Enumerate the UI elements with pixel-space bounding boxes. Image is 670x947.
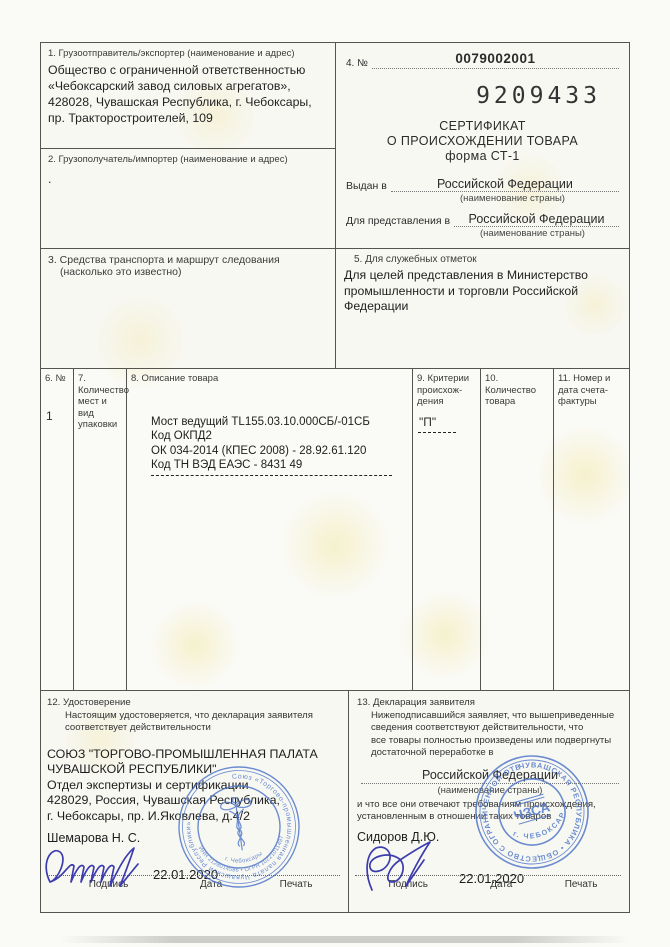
col8-header: 8. Описание товара [127, 369, 412, 385]
certificate-title-line2: О ПРОИСХОЖДЕНИИ ТОВАРА [336, 134, 629, 149]
box-consignee: 2. Грузополучатель/импортер (наименовани… [40, 148, 336, 249]
criteria-separator [418, 432, 456, 433]
scan-shadow [60, 936, 630, 943]
declaration-country: Российской Федерации [361, 768, 619, 784]
consignee-value: . [48, 171, 328, 187]
box1-label: 1. Грузоотправитель/экспортер (наименова… [48, 48, 328, 59]
signer-name-right: Сидоров Д.Ю. [357, 830, 623, 844]
signature-footer-left: Подпись Дата Печать [47, 875, 340, 890]
description-separator [151, 475, 392, 476]
consignor-line: 428028, Чувашская Республика, г. Чебокса… [48, 94, 328, 110]
certification-text-line: Настоящим удостоверяется, что декларация… [65, 710, 342, 723]
seal-label: Печать [252, 879, 340, 890]
issued-in-value: Российской Федерации [437, 177, 573, 191]
issued-in-note: (наименование страны) [336, 193, 629, 204]
goods-description-line: Мост ведущий TL155.03.10.000СБ/-01СБ [151, 415, 412, 430]
signer-name-left: Шемарова Н. С. [47, 831, 342, 845]
date-label: Дата [170, 879, 252, 890]
certificate-title-line1: СЕРТИФИКАТ [336, 119, 629, 134]
declaration-text2-line: и что все они отвечают требованиям проис… [357, 799, 623, 812]
col-description: 8. Описание товара Мост ведущий TL155.03… [127, 369, 413, 690]
consignor-line: «Чебоксарский завод силовых агрегатов», [48, 78, 328, 94]
box-official-marks: 5. Для служебных отметок Для целей предс… [335, 248, 630, 369]
box5-label: 5. Для служебных отметок [354, 254, 622, 265]
official-marks-line: Федерации [344, 299, 621, 315]
col10-header: 10. Количество товара [481, 369, 553, 408]
box-transport: 3. Средства транспорта и маршрут следова… [40, 248, 336, 369]
col-invoice: 11. Номер и дата счета- фактуры [554, 369, 631, 690]
box-certification: 12. Удостоверение Настоящим удостоверяет… [40, 690, 349, 913]
declaration-text-line: сведения соответствуют действительности,… [371, 722, 623, 735]
chamber-name-line: СОЮЗ "ТОРГОВО-ПРОМЫШЛЕННАЯ ПАЛАТА [47, 747, 342, 763]
chamber-address-line: г. Чебоксары, пр. И.Яковлева, д.4/2 [47, 809, 342, 825]
official-marks-line: Для целей представления в Министерство [344, 268, 621, 284]
presentation-note: (наименование страны) [336, 228, 629, 239]
issued-in-label: Выдан в [346, 180, 391, 192]
box12-label: 12. Удостоверение [47, 697, 342, 710]
box3-sublabel: (насколько это известно) [48, 266, 328, 278]
goods-description-line: ОК 034-2014 (КПЕС 2008) - 28.92.61.120 [151, 444, 412, 459]
declaration-country-note: (наименование страны) [357, 785, 623, 796]
col-origin-criteria: 9. Критерии происхож- дения "П" [413, 369, 481, 690]
chamber-dept-line: Отдел экспертизы и сертификации [47, 778, 342, 794]
date-label: Дата [461, 879, 541, 890]
col9-header: 9. Критерии происхож- дения [413, 369, 480, 408]
presentation-label: Для представления в [346, 215, 454, 227]
box4-label: 4. № [346, 58, 372, 69]
col11-header: 11. Номер и дата счета- фактуры [554, 369, 631, 408]
official-marks-line: промышленности и торговли Российской [344, 284, 621, 300]
box-declaration: 13. Декларация заявителя Нижеподписавший… [348, 690, 630, 913]
origin-criteria-value: "П" [413, 408, 480, 429]
goods-description-line: Код ОКПД2 [151, 429, 412, 444]
certificate-serial: 9209433 [336, 83, 629, 109]
goods-table: 6. № 1 7. Количество мест и вид упаковки… [40, 368, 630, 691]
col7-header: 7. Количество мест и вид упаковки [74, 369, 126, 431]
signature-label: Подпись [47, 879, 170, 890]
row-number: 1 [41, 385, 73, 423]
box2-label: 2. Грузополучатель/импортер (наименовани… [48, 154, 328, 165]
signature-label: Подпись [355, 879, 461, 890]
declaration-text-line: Нижеподписавшийся заявляет, что вышеприв… [371, 710, 623, 723]
box-consignor: 1. Грузоотправитель/экспортер (наименова… [40, 42, 336, 149]
col-number: 6. № 1 [41, 369, 74, 690]
box13-label: 13. Декларация заявителя [357, 697, 623, 710]
col6-header: 6. № [41, 369, 73, 385]
box-certificate: 4. № 0079002001 9209433 СЕРТИФИКАТ О ПРО… [335, 42, 630, 249]
declaration-text2-line: установленным в отношении таких товаров [357, 811, 623, 824]
certificate-page: 1. Грузоотправитель/экспортер (наименова… [0, 0, 670, 947]
seal-label: Печать [541, 879, 621, 890]
certificate-number: 0079002001 [455, 51, 535, 66]
goods-description-line: Код ТН ВЭД ЕАЭС - 8431 49 [151, 458, 412, 473]
col-packages: 7. Количество мест и вид упаковки [74, 369, 127, 690]
certificate-form-name: форма СТ-1 [336, 149, 629, 164]
col-quantity: 10. Количество товара [481, 369, 554, 690]
chamber-address-line: 428029, Россия, Чувашская Республика, [47, 793, 342, 809]
declaration-text-line: все товары полностью произведены или под… [371, 735, 623, 748]
consignor-line: пр. Тракторостроителей, 109 [48, 110, 328, 126]
signature-footer-right: Подпись Дата Печать [355, 875, 621, 890]
presentation-value: Российской Федерации [469, 212, 605, 226]
chamber-name-line: ЧУВАШСКОЙ РЕСПУБЛИКИ" [47, 762, 342, 778]
declaration-text-line: достаточной переработке в [371, 747, 623, 760]
box3-label: 3. Средства транспорта и маршрут следова… [48, 254, 328, 266]
certification-text-line: соответствует действительности [65, 722, 342, 735]
consignor-line: Общество с ограниченной ответственностью [48, 62, 328, 78]
